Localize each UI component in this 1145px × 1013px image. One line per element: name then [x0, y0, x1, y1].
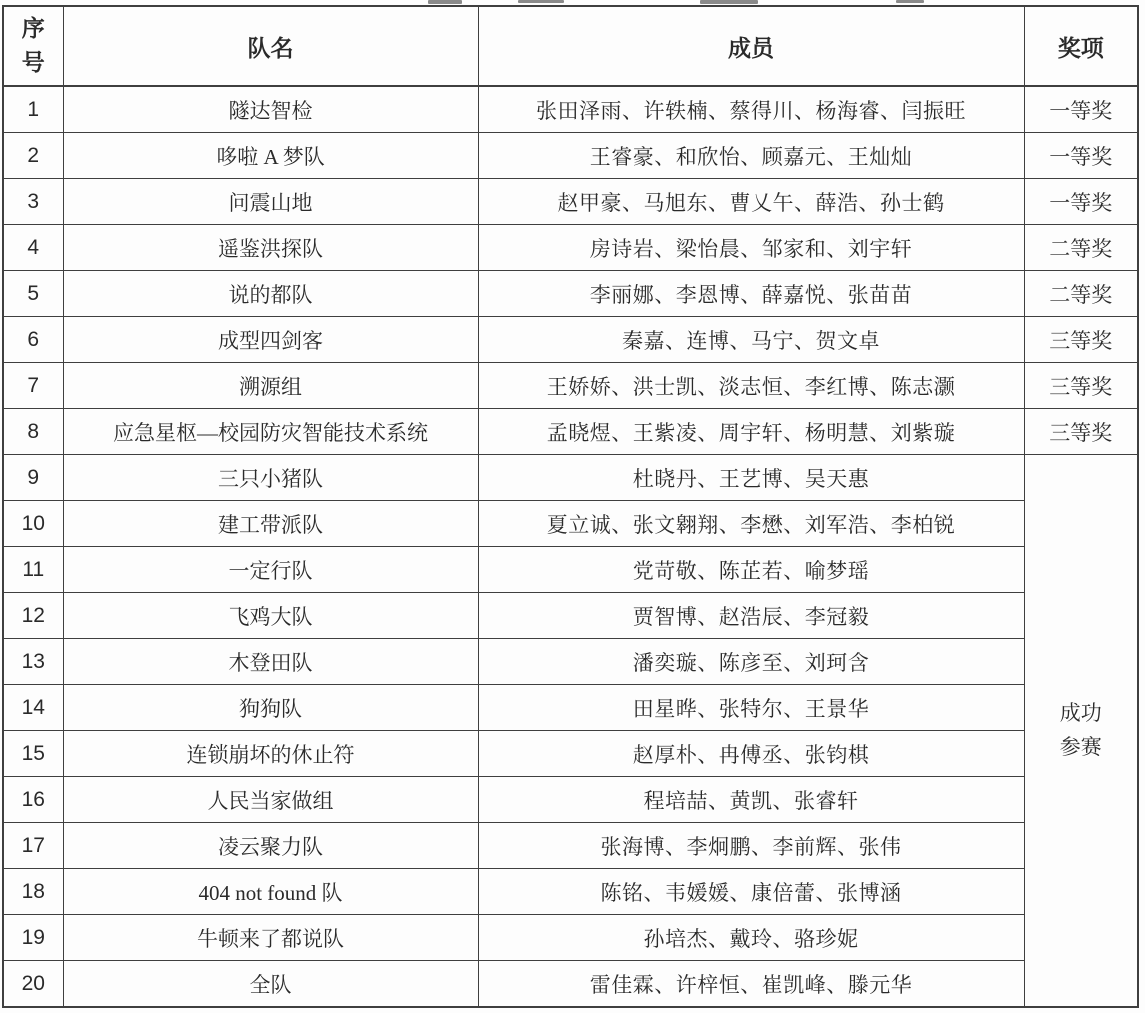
- table-row: 10建工带派队夏立诚、张文翱翔、李懋、刘军浩、李柏锐: [3, 501, 1138, 547]
- team-name-cell: 一定行队: [63, 547, 478, 593]
- members-cell: 王睿豪、和欣怡、顾嘉元、王灿灿: [478, 133, 1024, 179]
- table-row: 13木登田队潘奕璇、陈彦至、刘珂含: [3, 639, 1138, 685]
- award-cell: 三等奖: [1024, 409, 1138, 455]
- award-cell: 二等奖: [1024, 225, 1138, 271]
- team-name-cell: 成型四剑客: [63, 317, 478, 363]
- table-row: 4遥鉴洪探队房诗岩、梁怡晨、邹家和、刘宇轩二等奖: [3, 225, 1138, 271]
- table-row: 11一定行队党苛敬、陈芷若、喻梦瑶: [3, 547, 1138, 593]
- table-row: 1隧达智检张田泽雨、许轶楠、蔡得川、杨海睿、闫振旺一等奖: [3, 86, 1138, 133]
- team-name-cell: 牛顿来了都说队: [63, 915, 478, 961]
- team-name-cell: 应急星枢—校园防灾智能技术系统: [63, 409, 478, 455]
- members-cell: 夏立诚、张文翱翔、李懋、刘军浩、李柏锐: [478, 501, 1024, 547]
- team-name-cell: 人民当家做组: [63, 777, 478, 823]
- row-number-cell: 5: [3, 271, 63, 317]
- members-cell: 党苛敬、陈芷若、喻梦瑶: [478, 547, 1024, 593]
- row-number-cell: 18: [3, 869, 63, 915]
- members-cell: 张田泽雨、许轶楠、蔡得川、杨海睿、闫振旺: [478, 86, 1024, 133]
- team-name-cell: 三只小猪队: [63, 455, 478, 501]
- team-name-cell: 木登田队: [63, 639, 478, 685]
- members-cell: 潘奕璇、陈彦至、刘珂含: [478, 639, 1024, 685]
- row-number-cell: 12: [3, 593, 63, 639]
- members-cell: 李丽娜、李恩博、薛嘉悦、张苗苗: [478, 271, 1024, 317]
- table-row: 12飞鸡大队贾智博、赵浩辰、李冠毅: [3, 593, 1138, 639]
- team-name-cell: 凌云聚力队: [63, 823, 478, 869]
- header-award: 奖项: [1024, 6, 1138, 86]
- members-cell: 杜晓丹、王艺博、吴天惠: [478, 455, 1024, 501]
- table-row: 16人民当家做组程培喆、黄凯、张睿轩: [3, 777, 1138, 823]
- table-row: 9三只小猪队杜晓丹、王艺博、吴天惠成功参赛: [3, 455, 1138, 501]
- table-header: 序号 队名 成员 奖项: [3, 6, 1138, 86]
- members-cell: 孙培杰、戴玲、骆珍妮: [478, 915, 1024, 961]
- members-cell: 王娇娇、洪士凯、淡志恒、李红博、陈志灏: [478, 363, 1024, 409]
- row-number-cell: 16: [3, 777, 63, 823]
- team-name-cell: 404 not found 队: [63, 869, 478, 915]
- team-name-cell: 溯源组: [63, 363, 478, 409]
- table-row: 2哆啦 A 梦队王睿豪、和欣怡、顾嘉元、王灿灿一等奖: [3, 133, 1138, 179]
- row-number-cell: 1: [3, 86, 63, 133]
- members-cell: 孟晓煜、王紫凌、周宇轩、杨明慧、刘紫璇: [478, 409, 1024, 455]
- row-number-cell: 14: [3, 685, 63, 731]
- row-number-cell: 10: [3, 501, 63, 547]
- team-name-cell: 问震山地: [63, 179, 478, 225]
- award-cell: 三等奖: [1024, 363, 1138, 409]
- team-name-cell: 建工带派队: [63, 501, 478, 547]
- team-name-cell: 全队: [63, 961, 478, 1008]
- members-cell: 程培喆、黄凯、张睿轩: [478, 777, 1024, 823]
- results-table: 序号 队名 成员 奖项 1隧达智检张田泽雨、许轶楠、蔡得川、杨海睿、闫振旺一等奖…: [2, 5, 1139, 1008]
- row-number-cell: 4: [3, 225, 63, 271]
- award-cell: 一等奖: [1024, 179, 1138, 225]
- members-cell: 房诗岩、梁怡晨、邹家和、刘宇轩: [478, 225, 1024, 271]
- team-name-cell: 飞鸡大队: [63, 593, 478, 639]
- table-row: 17凌云聚力队张海博、李炯鹏、李前辉、张伟: [3, 823, 1138, 869]
- team-name-cell: 狗狗队: [63, 685, 478, 731]
- table-row: 19牛顿来了都说队孙培杰、戴玲、骆珍妮: [3, 915, 1138, 961]
- row-number-cell: 13: [3, 639, 63, 685]
- members-cell: 陈铭、韦媛媛、康倍蕾、张博涵: [478, 869, 1024, 915]
- members-cell: 雷佳霖、许梓恒、崔凯峰、滕元华: [478, 961, 1024, 1008]
- award-cell: 二等奖: [1024, 271, 1138, 317]
- team-name-cell: 遥鉴洪探队: [63, 225, 478, 271]
- row-number-cell: 19: [3, 915, 63, 961]
- members-cell: 张海博、李炯鹏、李前辉、张伟: [478, 823, 1024, 869]
- members-cell: 秦嘉、连博、马宁、贺文卓: [478, 317, 1024, 363]
- row-number-cell: 15: [3, 731, 63, 777]
- row-number-cell: 8: [3, 409, 63, 455]
- table-row: 14狗狗队田星晔、张特尔、王景华: [3, 685, 1138, 731]
- row-number-cell: 6: [3, 317, 63, 363]
- header-members: 成员: [478, 6, 1024, 86]
- table-row: 18404 not found 队陈铭、韦媛媛、康倍蕾、张博涵: [3, 869, 1138, 915]
- row-number-cell: 3: [3, 179, 63, 225]
- row-number-cell: 20: [3, 961, 63, 1008]
- cropped-text-remnant: [518, 0, 564, 3]
- header-serial-number: 序号: [3, 6, 63, 86]
- award-cell: 三等奖: [1024, 317, 1138, 363]
- members-cell: 贾智博、赵浩辰、李冠毅: [478, 593, 1024, 639]
- table-row: 8应急星枢—校园防灾智能技术系统孟晓煜、王紫凌、周宇轩、杨明慧、刘紫璇三等奖: [3, 409, 1138, 455]
- table-row: 7溯源组王娇娇、洪士凯、淡志恒、李红博、陈志灏三等奖: [3, 363, 1138, 409]
- members-cell: 田星晔、张特尔、王景华: [478, 685, 1024, 731]
- row-number-cell: 17: [3, 823, 63, 869]
- cropped-text-remnant: [896, 0, 924, 3]
- members-cell: 赵厚朴、冉傅丞、张钧棋: [478, 731, 1024, 777]
- cropped-text-remnant: [428, 0, 462, 4]
- award-cell: 一等奖: [1024, 86, 1138, 133]
- members-cell: 赵甲豪、马旭东、曹乂午、薛浩、孙士鹤: [478, 179, 1024, 225]
- row-number-cell: 2: [3, 133, 63, 179]
- table-row: 5说的都队李丽娜、李恩博、薛嘉悦、张苗苗二等奖: [3, 271, 1138, 317]
- team-name-cell: 连锁崩坏的休止符: [63, 731, 478, 777]
- team-name-cell: 隧达智检: [63, 86, 478, 133]
- row-number-cell: 9: [3, 455, 63, 501]
- table-row: 3问震山地赵甲豪、马旭东、曹乂午、薛浩、孙士鹤一等奖: [3, 179, 1138, 225]
- team-name-cell: 说的都队: [63, 271, 478, 317]
- row-number-cell: 7: [3, 363, 63, 409]
- table-row: 15连锁崩坏的休止符赵厚朴、冉傅丞、张钧棋: [3, 731, 1138, 777]
- merged-award-cell: 成功参赛: [1024, 455, 1138, 1008]
- award-cell: 一等奖: [1024, 133, 1138, 179]
- row-number-cell: 11: [3, 547, 63, 593]
- team-name-cell: 哆啦 A 梦队: [63, 133, 478, 179]
- header-team-name: 队名: [63, 6, 478, 86]
- cropped-text-remnant: [700, 0, 758, 4]
- table-row: 20全队雷佳霖、许梓恒、崔凯峰、滕元华: [3, 961, 1138, 1008]
- header-row: 序号 队名 成员 奖项: [3, 6, 1138, 86]
- table-row: 6成型四剑客秦嘉、连博、马宁、贺文卓三等奖: [3, 317, 1138, 363]
- table-body: 1隧达智检张田泽雨、许轶楠、蔡得川、杨海睿、闫振旺一等奖2哆啦 A 梦队王睿豪、…: [3, 86, 1138, 1007]
